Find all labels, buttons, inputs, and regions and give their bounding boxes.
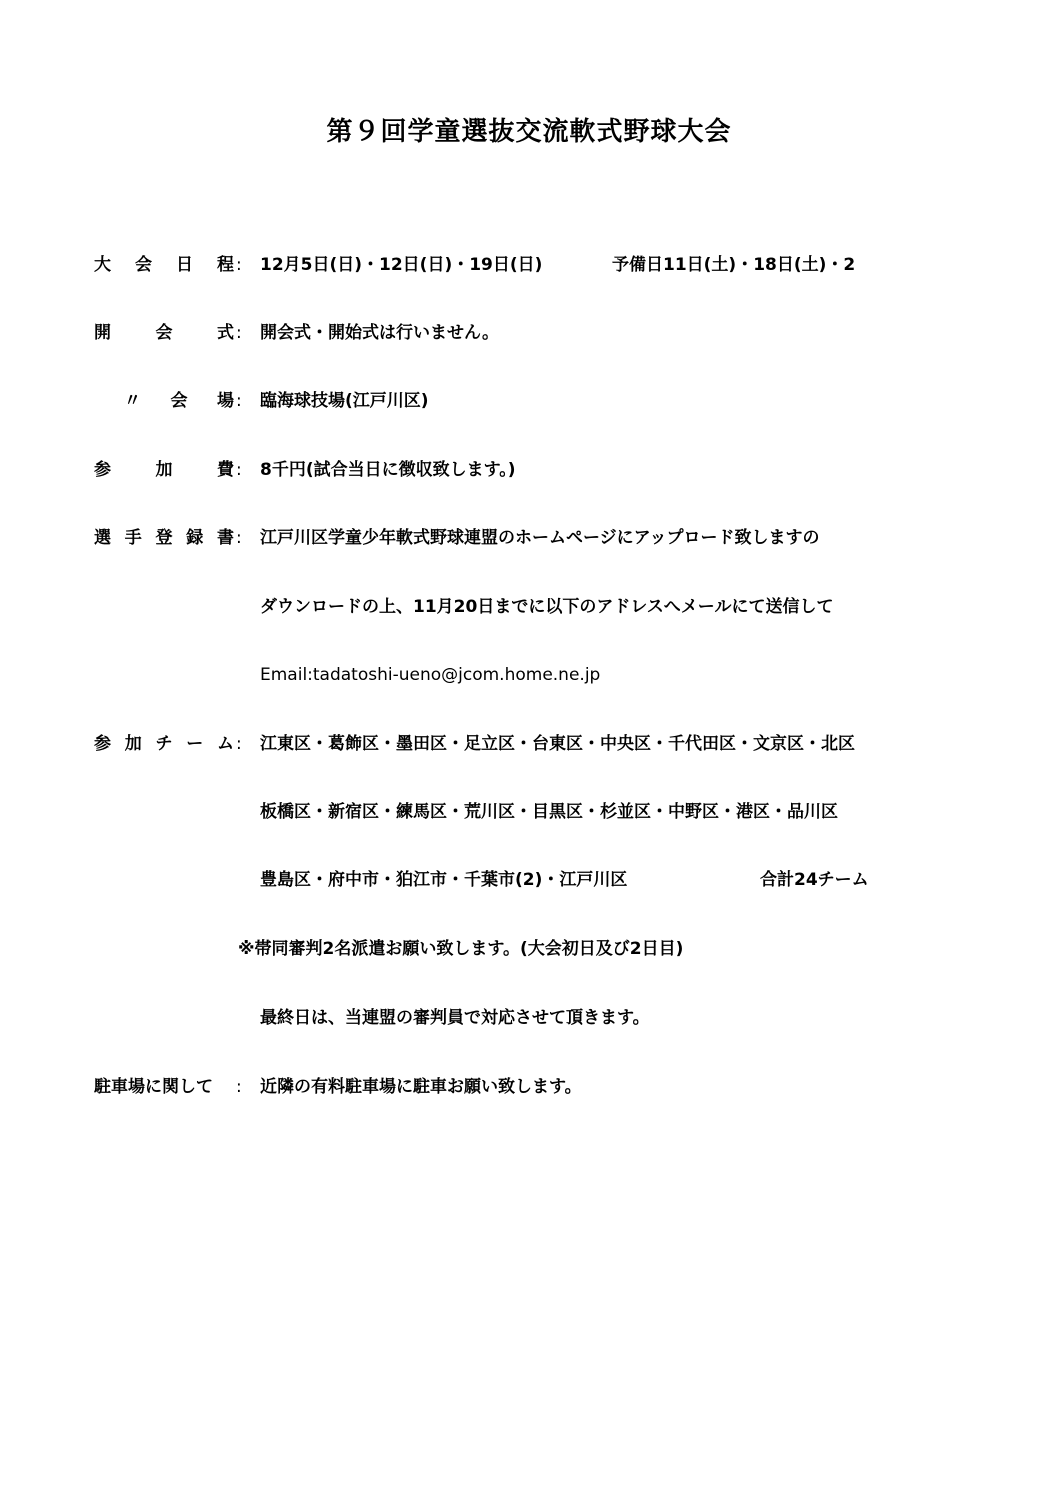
- parking-value: 近隣の有料駐車場に駐車お願い致します。: [260, 1072, 582, 1102]
- colon: :: [236, 250, 242, 280]
- schedule-label: 大 会 日 程: [94, 250, 234, 280]
- page-title: 第９回学童選抜交流軟式野球大会: [0, 112, 868, 152]
- label-char: 参: [94, 729, 111, 759]
- label-char: 加: [156, 455, 173, 485]
- colon: :: [236, 455, 242, 485]
- reserve-dates: 予備日11日(土)・18日(土)・2: [612, 250, 855, 280]
- label-char: 場: [217, 386, 234, 416]
- final-day-note: 最終日は、当連盟の審判員で対応させて頂きます。: [260, 1003, 650, 1033]
- parking-row: 駐車場に関して : 近隣の有料駐車場に駐車お願い致します。: [94, 1072, 868, 1102]
- label-char: 書: [217, 523, 234, 553]
- colon: :: [236, 729, 242, 759]
- parking-label: 駐車場に関して: [94, 1072, 213, 1102]
- registration-line-2: ダウンロードの上、11月20日までに以下のアドレスへメールにて送信して: [260, 592, 833, 622]
- label-char: ー: [186, 729, 203, 759]
- venue-label: 〃 会 場: [124, 386, 234, 416]
- page-content-clip: 第９回学童選抜交流軟式野球大会 大 会 日 程 : 12月5日(日)・12日(日…: [0, 0, 868, 1497]
- teams-line-1: 江東区・葛飾区・墨田区・足立区・台東区・中央区・千代田区・文京区・北区: [260, 729, 855, 759]
- teams-label: 参 加 チ ー ム: [94, 729, 234, 759]
- label-char: ム: [217, 729, 234, 759]
- colon: :: [236, 386, 242, 416]
- label-char: 日: [176, 250, 193, 280]
- schedule-dates: 12月5日(日)・12日(日)・19日(日): [260, 250, 542, 280]
- label-char: 会: [156, 318, 173, 348]
- label-char: チ: [156, 729, 173, 759]
- venue-value: 臨海球技場(江戸川区): [260, 386, 429, 416]
- document-page: 第９回学童選抜交流軟式野球大会 大 会 日 程 : 12月5日(日)・12日(日…: [0, 0, 1058, 1497]
- label-char: 録: [186, 523, 203, 553]
- label-char: 費: [217, 455, 234, 485]
- ditto-mark: 〃: [124, 386, 141, 416]
- label-char: 開: [94, 318, 111, 348]
- colon: :: [236, 523, 242, 553]
- label-char: 加: [125, 729, 142, 759]
- registration-label: 選 手 登 録 書: [94, 523, 234, 553]
- schedule-row: 大 会 日 程 : 12月5日(日)・12日(日)・19日(日) 予備日11日(…: [94, 250, 868, 280]
- label-char: 大: [94, 250, 111, 280]
- teams-row: 参 加 チ ー ム : 江東区・葛飾区・墨田区・足立区・台東区・中央区・千代田区…: [94, 729, 868, 759]
- teams-line-2: 板橋区・新宿区・練馬区・荒川区・目黒区・杉並区・中野区・港区・品川区: [260, 797, 838, 827]
- label-char: 程: [217, 250, 234, 280]
- label-char: 会: [171, 386, 188, 416]
- registration-value: 江戸川区学童少年軟式野球連盟のホームページにアップロード致しますの: [260, 523, 819, 553]
- label-char: 手: [125, 523, 142, 553]
- fee-value: 8千円(試合当日に徴収致します。): [260, 455, 516, 485]
- registration-row: 選 手 登 録 書 : 江戸川区学童少年軟式野球連盟のホームページにアップロード…: [94, 523, 868, 553]
- opening-ceremony-row: 開 会 式 : 開会式・開始式は行いません。: [94, 318, 868, 348]
- opening-value: 開会式・開始式は行いません。: [260, 318, 499, 348]
- opening-label: 開 会 式: [94, 318, 234, 348]
- umpire-note: ※帯同審判2名派遣お願い致します。(大会初日及び2日目): [238, 934, 683, 964]
- label-char: 選: [94, 523, 111, 553]
- colon: :: [236, 1072, 242, 1102]
- colon: :: [236, 318, 242, 348]
- fee-label: 参 加 費: [94, 455, 234, 485]
- email-address: Email:tadatoshi-ueno@jcom.home.ne.jp: [260, 660, 600, 690]
- team-total: 合計24チーム: [760, 865, 868, 895]
- fee-row: 参 加 費 : 8千円(試合当日に徴収致します。): [94, 455, 868, 485]
- teams-line-3-row: 豊島区・府中市・狛江市・千葉市(2)・江戸川区 合計24チーム: [260, 865, 868, 895]
- venue-row: 〃 会 場 : 臨海球技場(江戸川区): [94, 386, 868, 416]
- label-char: 登: [156, 523, 173, 553]
- teams-line-3: 豊島区・府中市・狛江市・千葉市(2)・江戸川区: [260, 870, 627, 890]
- label-char: 式: [217, 318, 234, 348]
- label-char: 会: [135, 250, 152, 280]
- label-char: 参: [94, 455, 111, 485]
